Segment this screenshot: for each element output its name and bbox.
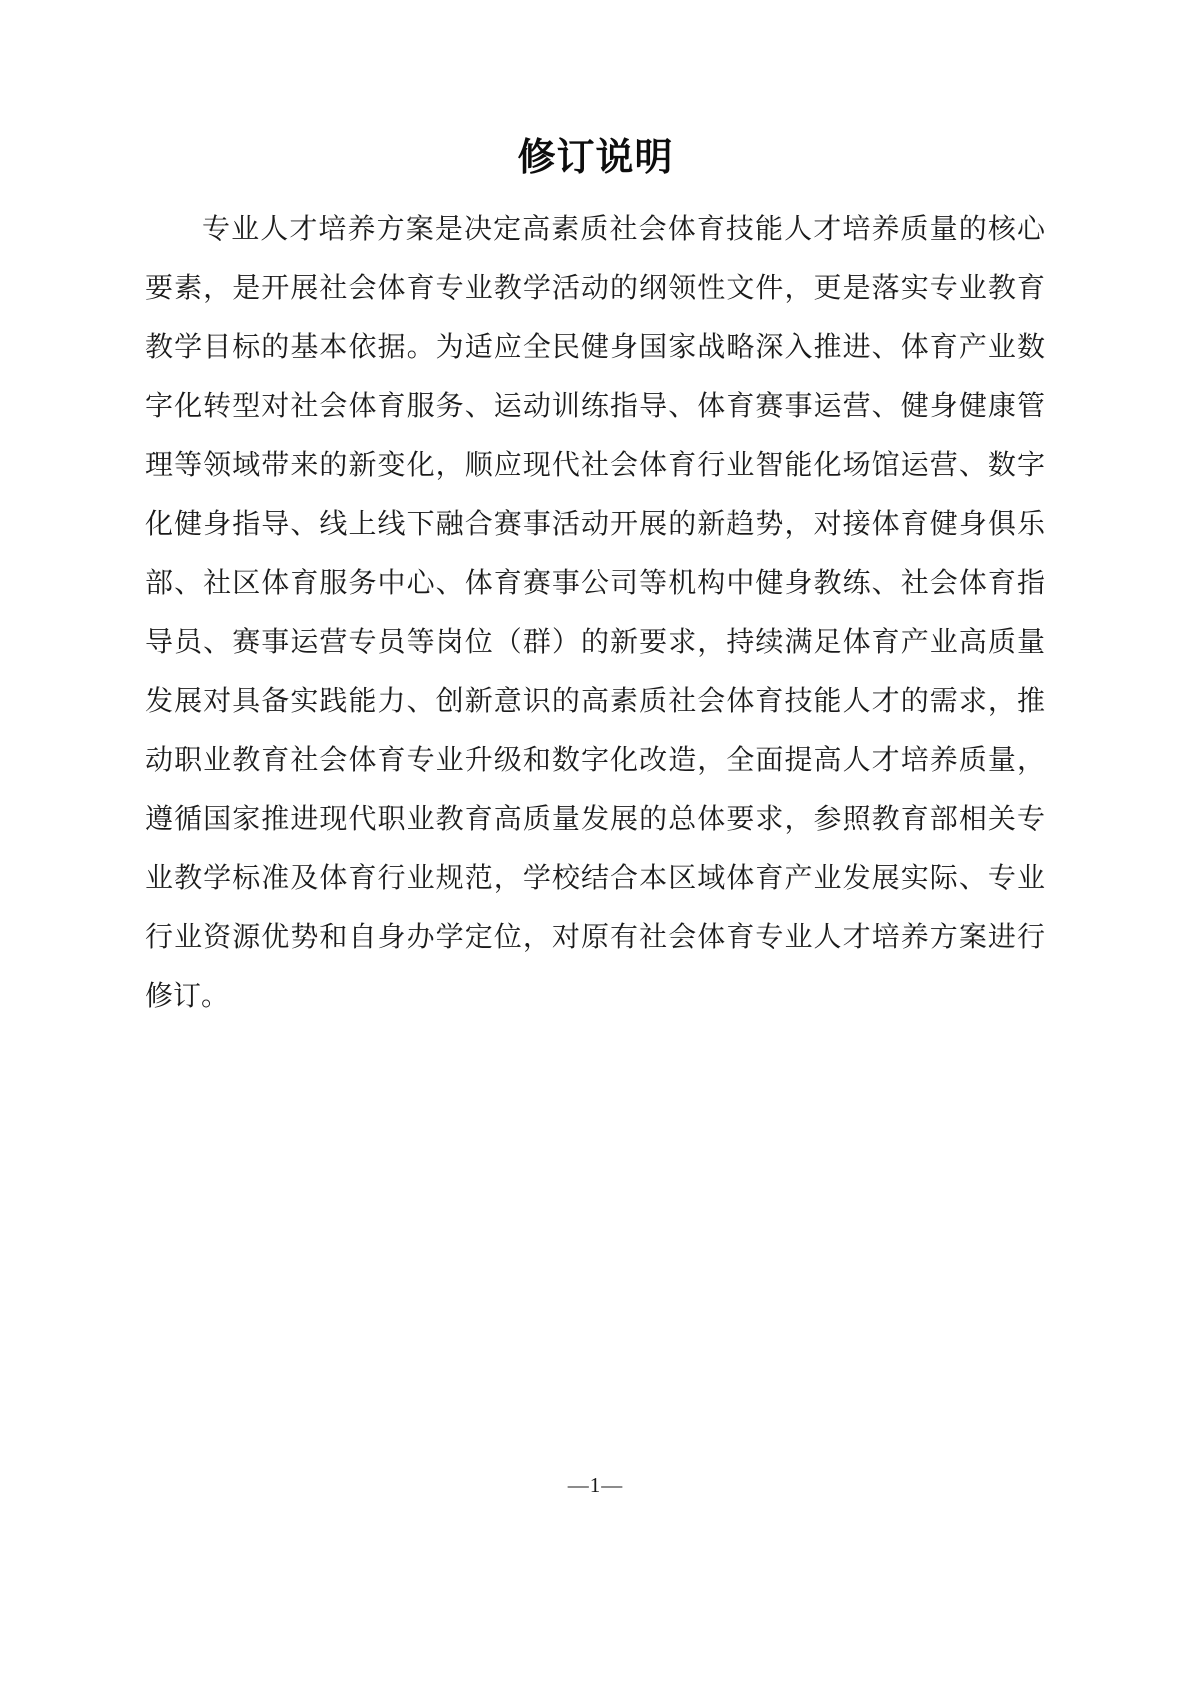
paragraph-line: 要素，是开展社会体育专业教学活动的纲领性文件，更是落实专业教育	[145, 259, 1045, 318]
paragraph-line: 部、社区体育服务中心、体育赛事公司等机构中健身教练、社会体育指	[145, 554, 1045, 613]
paragraph-line: 发展对具备实践能力、创新意识的高素质社会体育技能人才的需求，推	[145, 672, 1045, 731]
paragraph-line: 专业人才培养方案是决定高素质社会体育技能人才培养质量的核心	[145, 200, 1045, 259]
paragraph-line: 业教学标准及体育行业规范，学校结合本区域体育产业发展实际、专业	[145, 849, 1045, 908]
paragraph-line: 化健身指导、线上线下融合赛事活动开展的新趋势，对接体育健身俱乐	[145, 495, 1045, 554]
paragraph-line: 动职业教育社会体育专业升级和数字化改造，全面提高人才培养质量，	[145, 731, 1045, 790]
page-number: —1—	[0, 1472, 1191, 1498]
paragraph-line: 行业资源优势和自身办学定位，对原有社会体育专业人才培养方案进行	[145, 908, 1045, 967]
paragraph-line: 教学目标的基本依据。为适应全民健身国家战略深入推进、体育产业数	[145, 318, 1045, 377]
paragraph-line: 修订。	[145, 967, 1045, 1026]
paragraph-line: 遵循国家推进现代职业教育高质量发展的总体要求，参照教育部相关专	[145, 790, 1045, 849]
document-body: 专业人才培养方案是决定高素质社会体育技能人才培养质量的核心 要素，是开展社会体育…	[145, 200, 1045, 1026]
paragraph-line: 理等领域带来的新变化，顺应现代社会体育行业智能化场馆运营、数字	[145, 436, 1045, 495]
document-page: 修订说明 专业人才培养方案是决定高素质社会体育技能人才培养质量的核心 要素，是开…	[0, 0, 1191, 1684]
document-title: 修订说明	[0, 134, 1191, 182]
paragraph-line: 导员、赛事运营专员等岗位（群）的新要求，持续满足体育产业高质量	[145, 613, 1045, 672]
paragraph-line: 字化转型对社会体育服务、运动训练指导、体育赛事运营、健身健康管	[145, 377, 1045, 436]
